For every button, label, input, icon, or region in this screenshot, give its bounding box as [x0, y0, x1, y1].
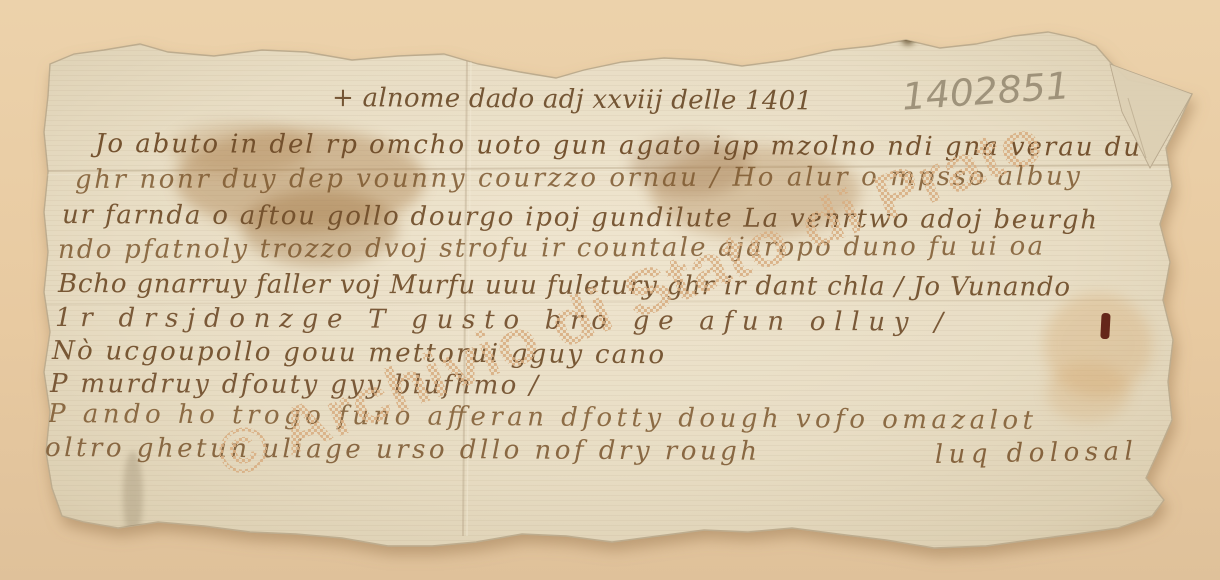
spot-top-center — [493, 38, 501, 46]
spot-top-edge — [901, 31, 915, 45]
handwritten-header: + alnome dado adj xxviij delle 1401 — [332, 83, 812, 116]
seal-mark — [1100, 313, 1110, 339]
signature: luq dolosal — [935, 437, 1133, 470]
stain-right-lower — [1046, 362, 1130, 422]
manuscript-scan: + alnome dado adj xxviij delle 1401 Jo a… — [0, 0, 1220, 580]
photo-background: + alnome dado adj xxviij delle 1401 Jo a… — [0, 0, 1220, 580]
